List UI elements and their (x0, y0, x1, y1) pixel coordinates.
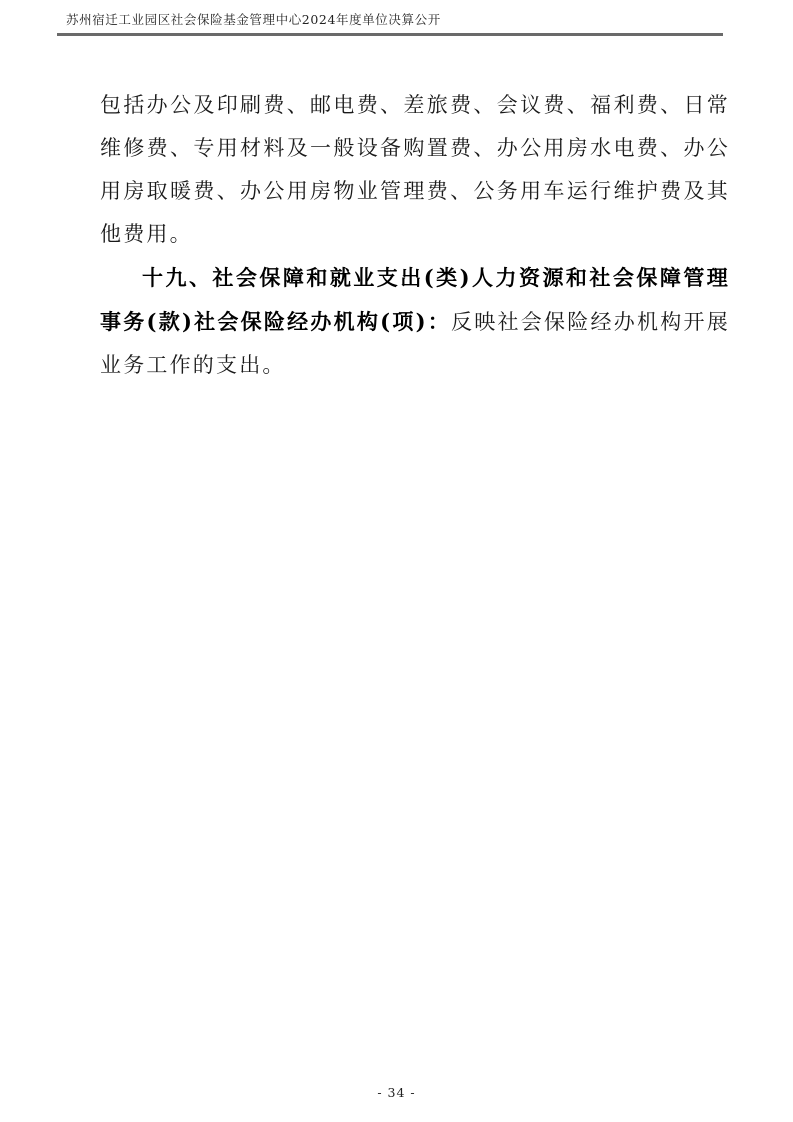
header-divider (57, 33, 723, 36)
header-title: 苏州宿迁工业园区社会保险基金管理中心2024年度单位决算公开 (57, 10, 723, 28)
document-page: 苏州宿迁工业园区社会保险基金管理中心2024年度单位决算公开 包括办公及印刷费、… (0, 0, 793, 1122)
page-number: - 34 - (377, 1085, 415, 1100)
page-header: 苏州宿迁工业园区社会保险基金管理中心2024年度单位决算公开 (57, 10, 723, 36)
paragraph-social-security: 十九、社会保障和就业支出(类)人力资源和社会保障管理事务(款)社会保险经办机构(… (100, 256, 730, 387)
paragraph-expense-items: 包括办公及印刷费、邮电费、差旅费、会议费、福利费、日常维修费、专用材料及一般设备… (100, 84, 730, 256)
document-body: 包括办公及印刷费、邮电费、差旅费、会议费、福利费、日常维修费、专用材料及一般设备… (100, 84, 730, 387)
page-footer: - 34 - (0, 1082, 793, 1101)
